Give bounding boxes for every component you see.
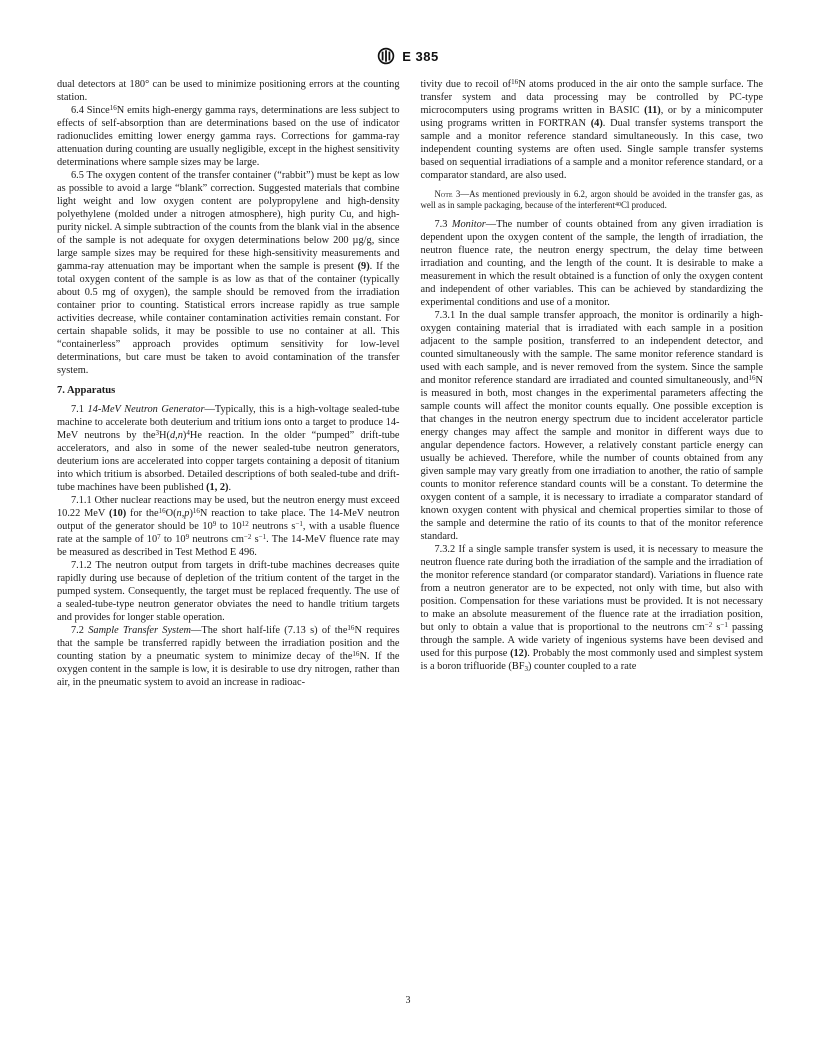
body-paragraph: dual detectors at 180° can be used to mi… — [57, 78, 400, 104]
body-paragraph: 6.5 The oxygen content of the transfer c… — [57, 169, 400, 377]
body-paragraph: 7.3.2 If a single sample transfer system… — [421, 543, 764, 673]
body-paragraph: 6.4 Since16N emits high-energy gamma ray… — [57, 104, 400, 169]
body-paragraph: 7.2 Sample Transfer System—The short hal… — [57, 624, 400, 689]
body-paragraph: 7.3.1 In the dual sample transfer approa… — [421, 309, 764, 543]
left-column: dual detectors at 180° can be used to mi… — [57, 78, 400, 689]
body-paragraph: 7.1 14-MeV Neutron Generator—Typically, … — [57, 403, 400, 494]
note-paragraph: Note 3—As mentioned previously in 6.2, a… — [421, 189, 764, 211]
right-column: tivity due to recoil of16N atoms produce… — [421, 78, 764, 689]
page-footer: 3 — [0, 995, 816, 1006]
page-header: E 385 — [0, 47, 816, 65]
document-page: E 385 dual detectors at 180° can be used… — [0, 0, 816, 1056]
body-paragraph: 7.1.1 Other nuclear reactions may be use… — [57, 494, 400, 559]
standard-designation: E 385 — [402, 49, 438, 64]
text-columns: dual detectors at 180° can be used to mi… — [57, 78, 763, 689]
body-paragraph: tivity due to recoil of16N atoms produce… — [421, 78, 764, 182]
body-paragraph: 7.3 Monitor—The number of counts obtaine… — [421, 218, 764, 309]
page-number: 3 — [406, 995, 411, 1006]
section-heading: 7. Apparatus — [57, 384, 400, 397]
body-paragraph: 7.1.2 The neutron output from targets in… — [57, 559, 400, 624]
astm-logo-icon — [377, 47, 395, 65]
